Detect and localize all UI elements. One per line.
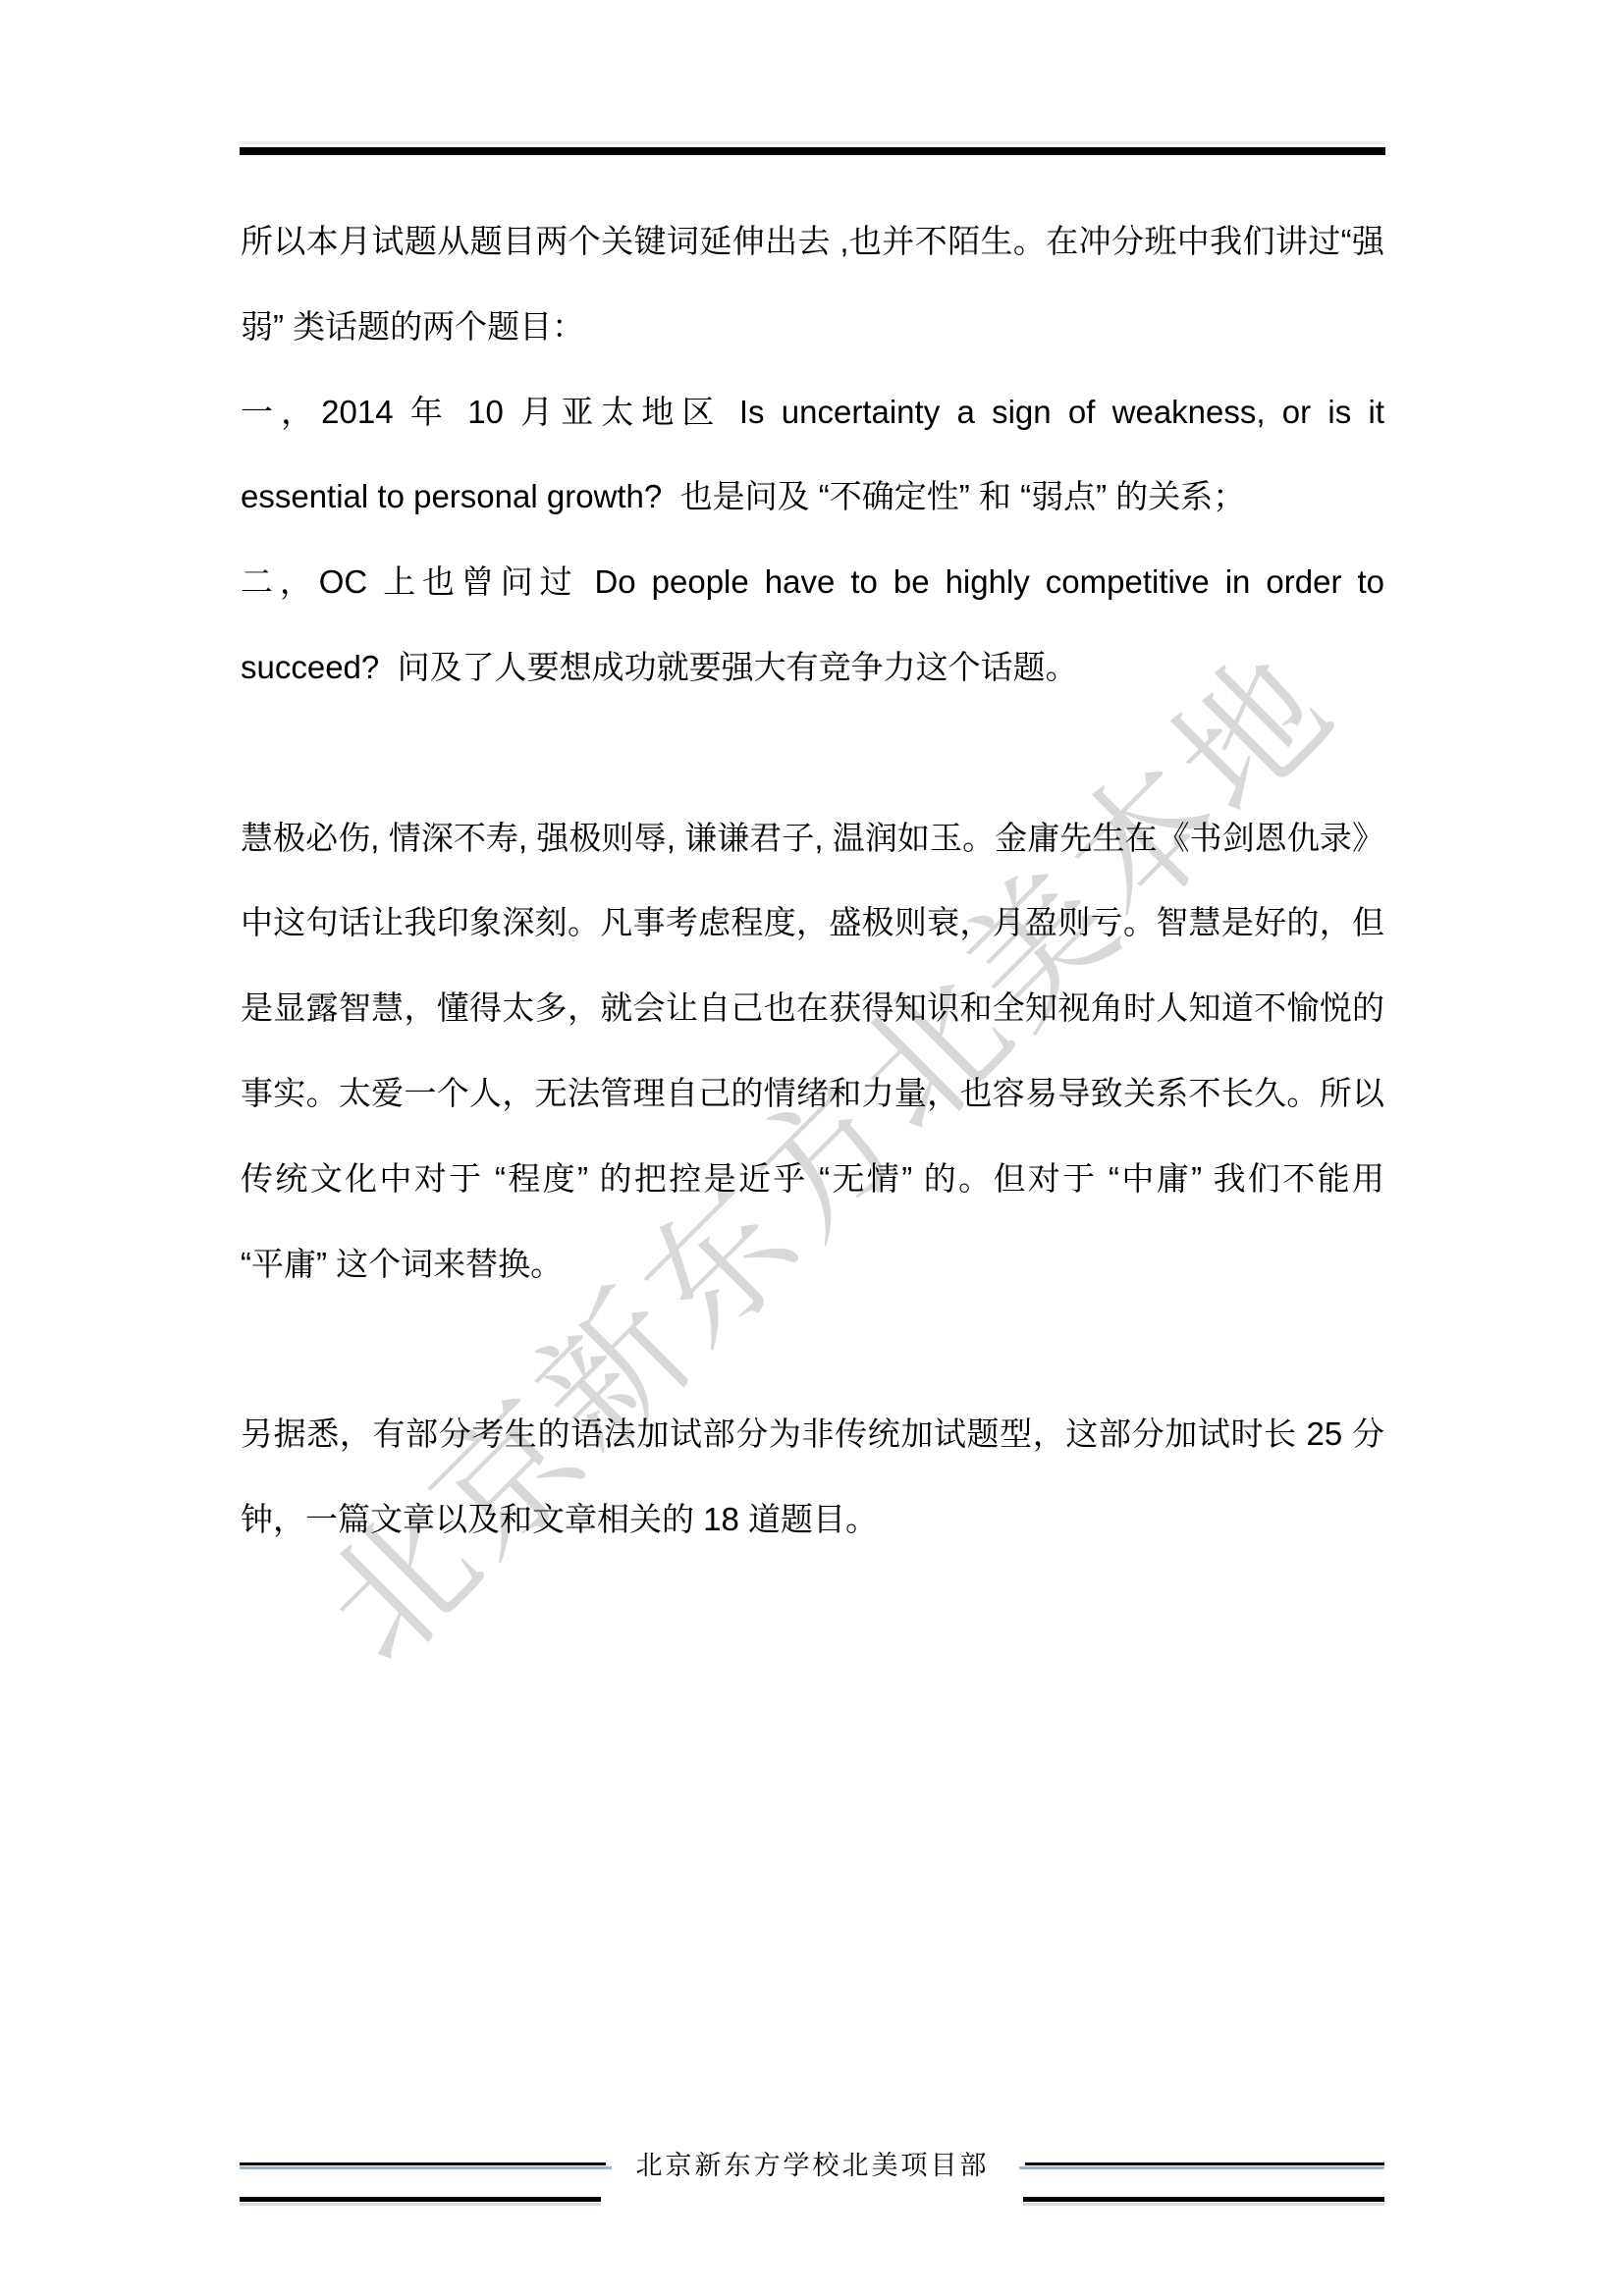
body-line: 传统文化中对于 “程度” 的把控是近乎 “无情” 的。但对于 “中庸” 我们不能… (241, 1137, 1384, 1222)
body-line: 另据悉，有部分考生的语法加试部分为非传统加试题型，这部分加试时长 25 分 (241, 1392, 1384, 1477)
document-body: 所以本月试题从题目两个关键词延伸出去 ,也并不陌生。在冲分班中我们讲过“强弱” … (241, 199, 1384, 1563)
body-line: 慧极必伤, 情深不寿, 强极则辱, 谦谦君子, 温润如玉。金庸先生在《书剑恩仇录… (241, 796, 1384, 881)
body-line (241, 1307, 1384, 1392)
body-line: essential to personal growth? 也是问及 “不确定性… (241, 454, 1384, 540)
body-line: succeed? 问及了人要想成功就要强大有竞争力这个话题。 (241, 625, 1384, 711)
body-line: 所以本月试题从题目两个关键词延伸出去 ,也并不陌生。在冲分班中我们讲过“强 (241, 199, 1384, 285)
header-rule-hairline (240, 141, 1385, 144)
document-page: 北京新东方北美本地 所以本月试题从题目两个关键词延伸出去 ,也并不陌生。在冲分班… (0, 0, 1624, 2296)
body-line: 中这句话让我印象深刻。凡事考虑程度，盛极则衰，月盈则亏。智慧是好的，但 (241, 881, 1384, 966)
body-line: 二，OC 上也曾问过 Do people have to be highly c… (241, 540, 1384, 625)
footer-rule-bottom-left-shadow (240, 2203, 601, 2206)
footer-rule-bottom-right (1023, 2197, 1384, 2202)
body-line: “平庸” 这个词来替换。 (241, 1222, 1384, 1308)
body-line (241, 711, 1384, 796)
footer-department-label: 北京新东方学校北美项目部 (606, 2146, 1019, 2185)
footer-rule-top-right (1025, 2163, 1384, 2165)
footer-rule-top-left-shadow (240, 2166, 612, 2169)
body-line: 钟，一篇文章以及和文章相关的 18 道题目。 (241, 1477, 1384, 1563)
body-line: 事实。太爱一个人，无法管理自己的情绪和力量，也容易导致关系不长久。所以 (241, 1051, 1384, 1137)
body-line: 一，2014 年 10 月亚太地区 Is uncertainty a sign … (241, 370, 1384, 455)
footer-rule-top-left (240, 2163, 606, 2165)
header-rule (240, 147, 1385, 155)
body-line: 弱” 类话题的两个题目： (241, 285, 1384, 370)
body-line: 是显露智慧，懂得太多，就会让自己也在获得知识和全知视角时人知道不愉悦的 (241, 966, 1384, 1051)
footer-rule-top-right-shadow (1019, 2166, 1384, 2169)
footer-rule-bottom-right-shadow (1023, 2203, 1384, 2206)
footer-rule-bottom-left (240, 2197, 601, 2202)
